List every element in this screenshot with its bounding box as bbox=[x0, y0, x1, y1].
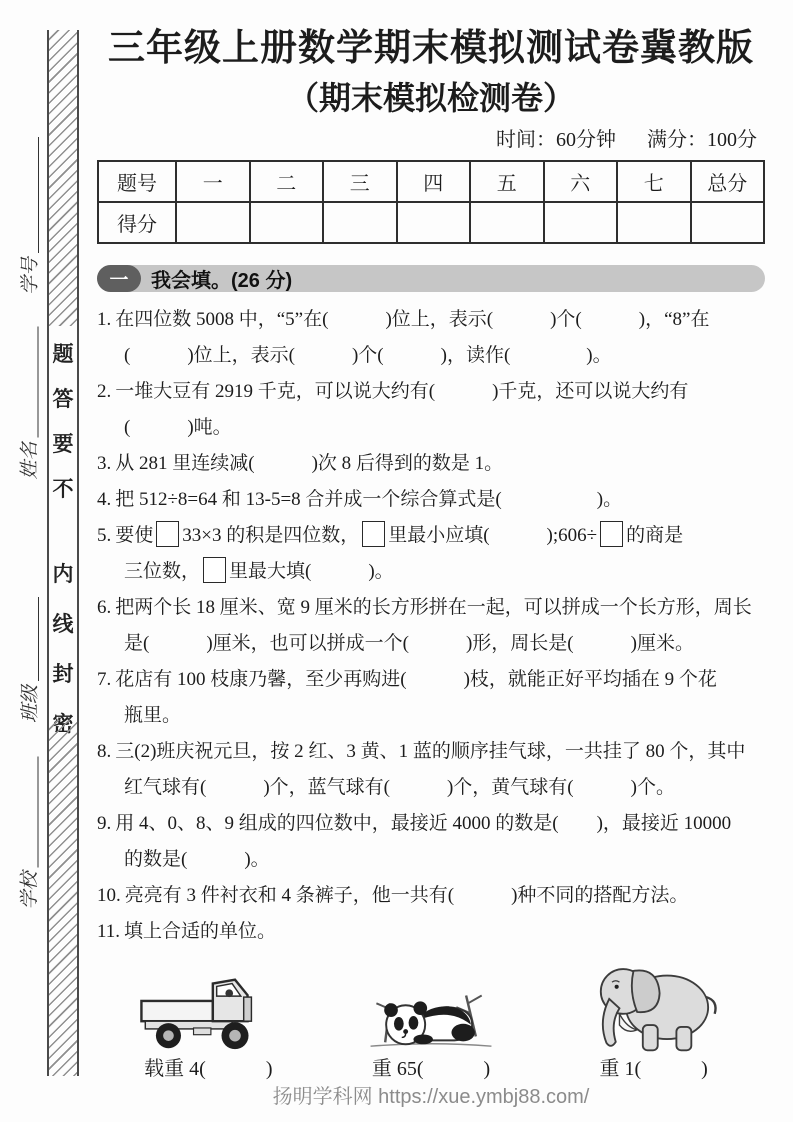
score-table-cell: 七 bbox=[617, 161, 691, 202]
question-item-10: 10.亮亮有 3 件衬衣和 4 条裤子，他一共有( )种不同的搭配方法。 bbox=[97, 878, 765, 914]
question-text: 一堆大豆有 2919 千克，可以说大约有( )千克，还可以说大约有 ( )吨。 bbox=[115, 381, 688, 438]
blank-box bbox=[203, 557, 226, 583]
seal-char: 封 bbox=[53, 658, 74, 688]
score-table-cell bbox=[617, 202, 691, 243]
question-number: 2. bbox=[97, 381, 111, 402]
score-table-cell bbox=[323, 202, 397, 243]
seal-text-group-2: 内 线 封 密 bbox=[49, 558, 77, 738]
blank-box bbox=[156, 521, 179, 547]
page-subtitle: （期末模拟检测卷） bbox=[97, 78, 765, 118]
main-content: 三年级上册数学期末模拟测试卷冀教版 （期末模拟检测卷） 时间：60分钟 满分：1… bbox=[97, 26, 765, 1110]
class-label: 班级 bbox=[15, 685, 42, 723]
question-item-2: 2.一堆大豆有 2919 千克，可以说大约有( )千克，还可以说大约有 ( )吨… bbox=[97, 374, 765, 446]
section-1-header-bar: 一 我会填。(26 分) bbox=[97, 265, 765, 292]
question-item-3: 3.从 281 里连续减( )次 8 后得到的数是 1。 bbox=[97, 446, 765, 482]
blank-box bbox=[362, 521, 385, 547]
exam-paper-page: 题 答 要 不 内 线 封 密 学号 姓名 班级 学校 三年级上册数学期末模拟测… bbox=[0, 0, 793, 1122]
exam-time: 时间：60分钟 bbox=[496, 129, 616, 151]
exam-full-score: 满分：100分 bbox=[647, 129, 757, 151]
question-item-8: 8.三(2)班庆祝元旦，按 2 红、3 黄、1 蓝的顺序挂气球，一共挂了 80 … bbox=[97, 734, 765, 806]
question-item-5: 5.要使33×3 的积是四位数，里最小应填( );606÷的商是 三位数，里最大… bbox=[97, 518, 765, 590]
unit-item-panda: 重 65( ) bbox=[320, 976, 543, 1082]
student-id-label: 学号 bbox=[15, 257, 42, 295]
student-id-field: 学号 bbox=[16, 137, 42, 295]
score-table-cell: 得分 bbox=[98, 202, 176, 243]
unit-label-truck: 载重 4( ) bbox=[144, 1056, 272, 1082]
elephant-image bbox=[584, 956, 724, 1054]
hatch-pattern-bottom bbox=[49, 720, 77, 1076]
section-number-badge: 一 bbox=[97, 265, 141, 292]
score-table-cell: 三 bbox=[323, 161, 397, 202]
blank-box bbox=[600, 521, 623, 547]
score-table-cell bbox=[470, 202, 544, 243]
unit-item-truck: 载重 4( ) bbox=[97, 972, 320, 1082]
question-item-1: 1.在四位数 5008 中，“5”在( )位上，表示( )个( )，“8”在 (… bbox=[97, 302, 765, 374]
question-number: 5. bbox=[97, 525, 111, 546]
school-label: 学校 bbox=[15, 871, 42, 909]
seal-char: 不 bbox=[53, 473, 74, 503]
seal-line-strip: 题 答 要 不 内 线 封 密 bbox=[47, 30, 79, 1076]
question-text: 把两个长 18 厘米、宽 9 厘米的长方形拼在一起，可以拼成一个长方形，周长 是… bbox=[115, 597, 752, 654]
student-id-blank-line bbox=[38, 137, 39, 253]
question-text: 从 281 里连续减( )次 8 后得到的数是 1。 bbox=[115, 453, 503, 474]
question-item-9: 9.用 4、0、8、9 组成的四位数中，最接近 4000 的数是( )，最接近 … bbox=[97, 806, 765, 878]
exam-meta: 时间：60分钟 满分：100分 bbox=[97, 128, 765, 152]
question-text: 在四位数 5008 中，“5”在( )位上，表示( )个( )，“8”在 ( )… bbox=[115, 309, 709, 366]
question-item-4: 4.把 512÷8=64 和 13-5=8 合并成一个综合算式是( )。 bbox=[97, 482, 765, 518]
question-text: 三(2)班庆祝元旦，按 2 红、3 黄、1 蓝的顺序挂气球，一共挂了 80 个，… bbox=[115, 741, 745, 798]
school-blank-line bbox=[38, 757, 39, 868]
seal-char: 题 bbox=[53, 338, 74, 368]
score-table-cell bbox=[691, 202, 765, 243]
question-list: 1.在四位数 5008 中，“5”在( )位上，表示( )个( )，“8”在 (… bbox=[97, 302, 765, 950]
score-table-cell: 总分 bbox=[691, 161, 765, 202]
truck-image bbox=[133, 972, 283, 1054]
question-number: 7. bbox=[97, 669, 111, 690]
seal-char: 答 bbox=[53, 383, 74, 413]
score-table-cell: 一 bbox=[176, 161, 250, 202]
question-text: 把 512÷8=64 和 13-5=8 合并成一个综合算式是( )。 bbox=[115, 489, 622, 510]
name-blank-line bbox=[38, 327, 39, 438]
question-item-6: 6.把两个长 18 厘米、宽 9 厘米的长方形拼在一起，可以拼成一个长方形，周长… bbox=[97, 590, 765, 662]
page-title: 三年级上册数学期末模拟测试卷冀教版 bbox=[97, 26, 765, 72]
score-table-cell bbox=[544, 202, 618, 243]
score-table-cell: 五 bbox=[470, 161, 544, 202]
watermark-text: 扬明学科网 https://xue.ymbj88.com/ bbox=[97, 1084, 765, 1110]
panda-image bbox=[361, 976, 501, 1054]
unit-label-elephant: 重 1( ) bbox=[600, 1056, 708, 1082]
question-item-7: 7.花店有 100 枝康乃馨，至少再购进( )枝，就能正好平均插在 9 个花 瓶… bbox=[97, 662, 765, 734]
question-item-11: 11.填上合适的单位。 bbox=[97, 914, 765, 950]
question-number: 4. bbox=[97, 489, 111, 510]
question-number: 8. bbox=[97, 741, 111, 762]
score-table-cell: 四 bbox=[397, 161, 471, 202]
score-table-cell: 题号 bbox=[98, 161, 176, 202]
score-table-header-row: 题号 一 二 三 四 五 六 七 总分 bbox=[98, 161, 764, 202]
question-number: 6. bbox=[97, 597, 111, 618]
class-field: 班级 bbox=[16, 597, 42, 723]
seal-text-group-1: 题 答 要 不 bbox=[49, 338, 77, 503]
question-text: 花店有 100 枝康乃馨，至少再购进( )枝，就能正好平均插在 9 个花 瓶里。 bbox=[115, 669, 717, 726]
unit-pictures-row: 载重 4( ) bbox=[97, 956, 765, 1082]
question-number: 3. bbox=[97, 453, 111, 474]
unit-item-elephant: 重 1( ) bbox=[542, 956, 765, 1082]
score-table-cell bbox=[176, 202, 250, 243]
question-number: 9. bbox=[97, 813, 111, 834]
school-field: 学校 bbox=[16, 757, 42, 910]
score-table-cell: 六 bbox=[544, 161, 618, 202]
seal-char: 内 bbox=[53, 558, 74, 588]
hatch-pattern-top bbox=[49, 30, 77, 326]
question-number: 1. bbox=[97, 309, 111, 330]
score-table-cell: 二 bbox=[250, 161, 324, 202]
unit-label-panda: 重 65( ) bbox=[372, 1056, 490, 1082]
name-field: 姓名 bbox=[16, 327, 42, 480]
score-table-cell bbox=[250, 202, 324, 243]
seal-char: 线 bbox=[53, 608, 74, 638]
question-number: 10. bbox=[97, 885, 121, 906]
score-table: 题号 一 二 三 四 五 六 七 总分 得分 bbox=[97, 160, 765, 244]
class-blank-line bbox=[38, 597, 39, 681]
question-text: 亮亮有 3 件衬衣和 4 条裤子，他一共有( )种不同的搭配方法。 bbox=[125, 885, 689, 906]
question-number: 11. bbox=[97, 921, 120, 942]
question-text: 用 4、0、8、9 组成的四位数中，最接近 4000 的数是( )，最接近 10… bbox=[115, 813, 731, 870]
name-label: 姓名 bbox=[15, 441, 42, 479]
score-table-cell bbox=[397, 202, 471, 243]
seal-char: 要 bbox=[53, 428, 74, 458]
question-text: 填上合适的单位。 bbox=[124, 921, 276, 942]
section-title: 我会填。(26 分) bbox=[151, 264, 292, 293]
score-table-score-row: 得分 bbox=[98, 202, 764, 243]
question-text: 要使33×3 的积是四位数，里最小应填( );606÷的商是 三位数，里最大填(… bbox=[115, 525, 683, 582]
